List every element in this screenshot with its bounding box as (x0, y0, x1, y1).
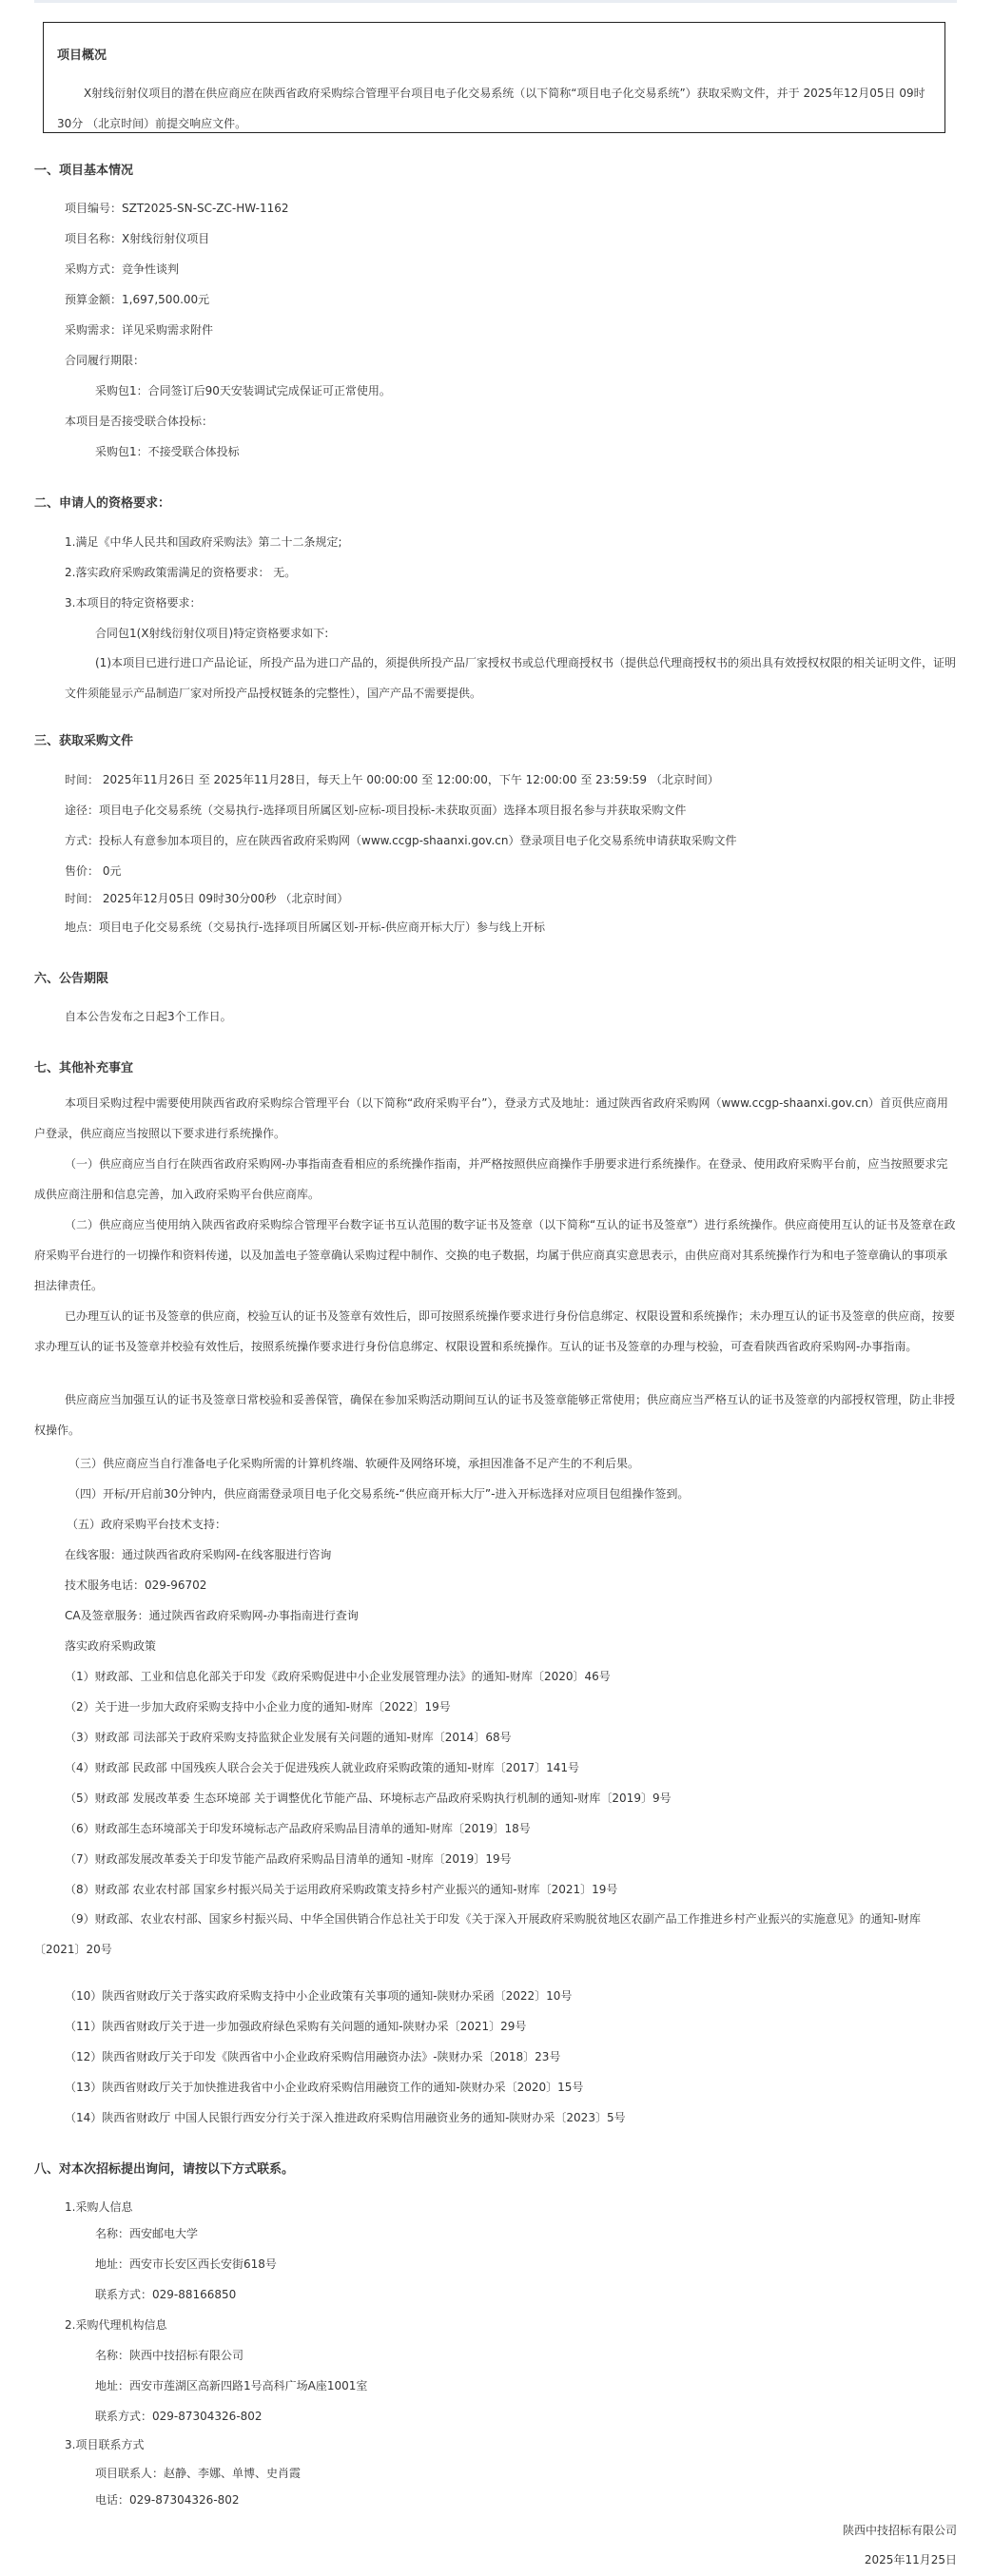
qualification-item-3-sub: 合同包1(X射线衍射仪项目)特定资格要求如下: (95, 625, 328, 641)
document-price: 售价： 0元 (65, 862, 121, 879)
policy-item: （8）财政部 农业农村部 国家乡村振兴局关于运用政府采购政策支持乡村产业振兴的通… (65, 1881, 617, 1897)
section8-heading: 八、对本次招标提出询问，请按以下方式联系。 (34, 2159, 294, 2177)
policy-item: （4）财政部 民政部 中国残疾人联合会关于促进残疾人就业政府采购政策的通知-财库… (65, 1759, 579, 1775)
procurement-method: 采购方式：竞争性谈判 (65, 261, 179, 277)
qualification-item-1: 1.满足《中华人民共和国政府采购法》第二十二条规定; (65, 533, 342, 550)
policy-item: （9）财政部、农业农村部、国家乡村振兴局、中华全国供销合作总社关于印发《关于深入… (34, 1904, 957, 1965)
policy-heading: 落实政府采购政策 (65, 1637, 156, 1654)
announcement-period: 自本公告发布之日起3个工作日。 (65, 1008, 232, 1024)
consortium-label: 本项目是否接受联合体投标： (65, 413, 213, 429)
supplement-p1: 本项目采购过程中需要使用陕西省政府采购综合管理平台（以下简称“政府采购平台”），… (34, 1088, 957, 1149)
supplement-p8: （五）政府采购平台技术支持： (67, 1516, 226, 1532)
acquire-method: 方式：投标人有意参加本项目的，应在陕西省政府采购网（www.ccgp-shaan… (65, 832, 737, 848)
purchaser-address: 地址：西安市长安区西长安街618号 (95, 2256, 277, 2272)
supplement-p2: （一）供应商应当自行在陕西省政府采购网-办事指南查看相应的系统操作指南，并严格按… (34, 1149, 957, 1210)
acquire-route: 途径：项目电子化交易系统（交易执行-选择项目所属区划-应标-项目投标-未获取页面… (65, 802, 686, 818)
purchaser-heading: 1.采购人信息 (65, 2198, 132, 2215)
overview-text: X射线衍射仪项目的潜在供应商应在陕西省政府采购综合管理平台项目电子化交易系统（以… (57, 78, 932, 139)
opening-location: 地点：项目电子化交易系统（交易执行-选择项目所属区划-开标-供应商开标大厅）参与… (65, 919, 545, 935)
supplement-p4: 已办理互认的证书及签章的供应商，校验互认的证书及签章有效性后，即可按照系统操作要… (34, 1301, 957, 1362)
policy-item: （3）财政部 司法部关于政府采购支持监狱企业发展有关问题的通知-财库〔2014〕… (65, 1729, 512, 1745)
top-divider (34, 0, 957, 3)
ca-service: CA及签章服务：通过陕西省政府采购网-办事指南进行查询 (65, 1607, 359, 1623)
section2-heading: 二、申请人的资格要求： (34, 493, 170, 511)
policy-item: （10）陕西省财政厅关于落实政府采购支持中小企业政策有关事项的通知-陕财办采函〔… (65, 1987, 572, 2004)
agency-address: 地址：西安市莲湖区高新四路1号高科广场A座1001室 (95, 2377, 367, 2393)
footer-date: 2025年11月25日 (865, 2551, 957, 2567)
policy-item: （6）财政部生态环境部关于印发环境标志产品政府采购品目清单的通知-财库〔2019… (65, 1820, 531, 1836)
project-phone: 电话：029-87304326-802 (95, 2491, 240, 2508)
supplement-p3: （二）供应商应当使用纳入陕西省政府采购综合管理平台数字证书互认范围的数字证书及签… (34, 1210, 957, 1301)
policy-item: （2）关于进一步加大政府采购支持中小企业力度的通知-财库〔2022〕19号 (65, 1698, 451, 1714)
section3-heading: 三、获取采购文件 (34, 730, 133, 748)
overview-title: 项目概况 (57, 45, 107, 63)
qualification-item-3: 3.本项目的特定资格要求： (65, 594, 201, 610)
agency-name: 名称：陕西中技招标有限公司 (95, 2347, 243, 2363)
supplement-p5: 供应商应当加强互认的证书及签章日常校验和妥善保管，确保在参加采购活动期间互认的证… (34, 1385, 957, 1445)
project-number: 项目编号：SZT2025-SN-SC-ZC-HW-1162 (65, 200, 289, 216)
policy-item: （13）陕西省财政厅关于加快推进我省中小企业政府采购信用融资工作的通知-陕财办采… (65, 2079, 583, 2095)
agency-heading: 2.采购代理机构信息 (65, 2316, 166, 2333)
supplement-p7: （四）开标/开启前30分钟内，供应商需登录项目电子化交易系统-“供应商开标大厅”… (68, 1485, 689, 1501)
contract-period-pkg1: 采购包1：合同签订后90天安装调试完成保证可正常使用。 (95, 382, 391, 398)
project-contacts: 项目联系人：赵静、李娜、单博、史肖霞 (95, 2465, 301, 2481)
policy-item: （1）财政部、工业和信息化部关于印发《政府采购促进中小企业发展管理办法》的通知-… (65, 1668, 611, 1684)
announcement-page: 项目概况 X射线衍射仪项目的潜在供应商应在陕西省政府采购综合管理平台项目电子化交… (0, 0, 993, 2576)
policy-item: （14）陕西省财政厅 中国人民银行西安分行关于深入推进政府采购信用融资业务的通知… (65, 2109, 626, 2125)
project-overview-box: 项目概况 X射线衍射仪项目的潜在供应商应在陕西省政府采购综合管理平台项目电子化交… (43, 22, 945, 133)
project-contact-heading: 3.项目联系方式 (65, 2436, 144, 2452)
footer-company: 陕西中技招标有限公司 (843, 2522, 957, 2538)
qualification-item-2: 2.落实政府采购政策需满足的资格要求： 无。 (65, 564, 296, 580)
budget-amount: 预算金额：1,697,500.00元 (65, 291, 209, 307)
purchaser-contact: 联系方式：029-88166850 (95, 2286, 236, 2302)
supplement-p6: （三）供应商应当自行准备电子化采购所需的计算机终端、软硬件及网络环境，承担因准备… (68, 1455, 639, 1471)
acquire-time: 时间： 2025年11月26日 至 2025年11月28日，每天上午 00:00… (65, 771, 719, 787)
section6-heading: 六、公告期限 (34, 968, 108, 986)
policy-item: （11）陕西省财政厅关于进一步加强政府绿色采购有关问题的通知-陕财办采〔2021… (65, 2018, 526, 2034)
tech-service-phone: 技术服务电话：029-96702 (65, 1577, 206, 1593)
section1-heading: 一、项目基本情况 (34, 160, 133, 178)
online-service: 在线客服：通过陕西省政府采购网-在线客服进行咨询 (65, 1546, 331, 1562)
qualification-item-3-detail: (1)本项目已进行进口产品论证，所投产品为进口产品的，须提供所投产品厂家授权书或… (65, 648, 959, 708)
policy-item: （5）财政部 发展改革委 生态环境部 关于调整优化节能产品、环境标志产品政府采购… (65, 1790, 672, 1806)
section7-heading: 七、其他补充事宜 (34, 1057, 133, 1075)
purchaser-name: 名称：西安邮电大学 (95, 2225, 198, 2241)
policy-item: （7）财政部发展改革委关于印发节能产品政府采购品目清单的通知 -财库〔2019〕… (65, 1850, 512, 1867)
contract-period-label: 合同履行期限： (65, 352, 145, 368)
project-name: 项目名称：X射线衍射仪项目 (65, 230, 209, 246)
procurement-requirement: 采购需求：详见采购需求附件 (65, 321, 213, 338)
agency-contact: 联系方式：029-87304326-802 (95, 2408, 263, 2424)
policy-item: （12）陕西省财政厅关于印发《陕西省中小企业政府采购信用融资办法》-陕财办采〔2… (65, 2048, 560, 2064)
opening-time: 时间： 2025年12月05日 09时30分00秒 （北京时间） (65, 890, 348, 906)
consortium-pkg1: 采购包1：不接受联合体投标 (95, 443, 240, 459)
